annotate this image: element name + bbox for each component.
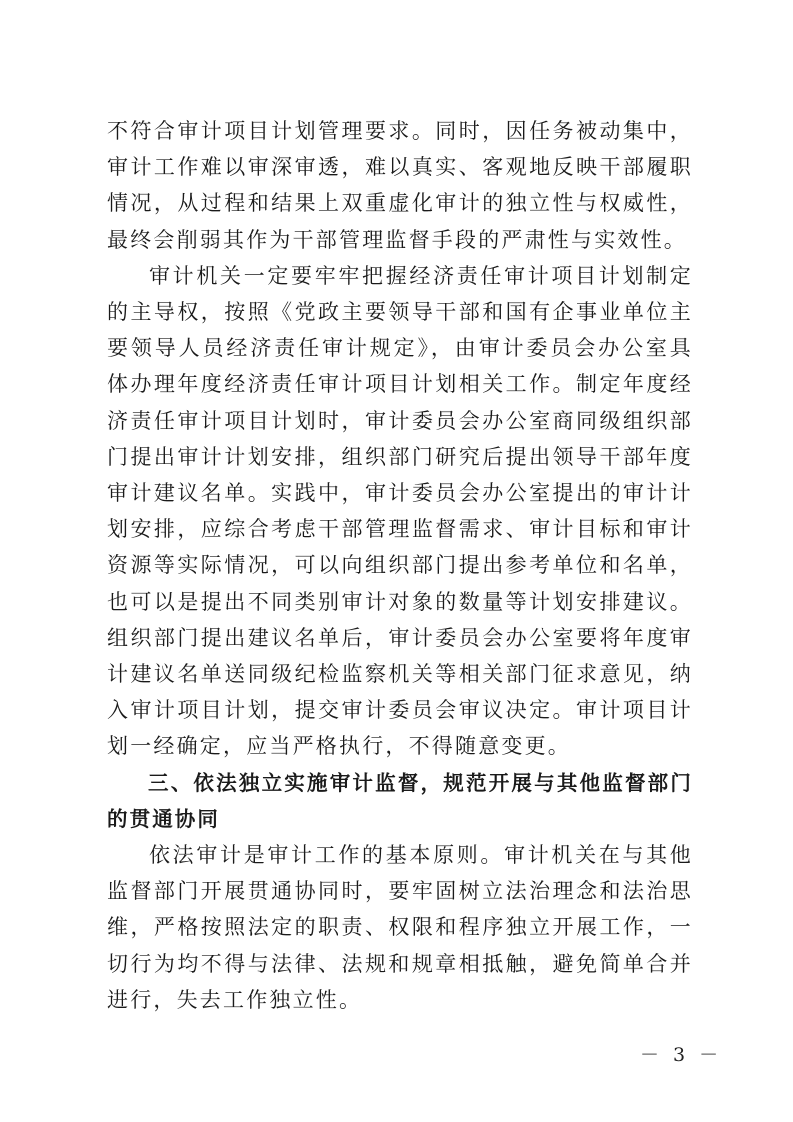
page-number: － 3 － xyxy=(640,1040,722,1067)
paragraph-continuation: 不符合审计项目计划管理要求。同时，因任务被动集中，审计工作难以审深审透，难以真实… xyxy=(107,113,693,258)
paragraph-audit-plan-authority: 审计机关一定要牢牢把握经济责任审计项目计划制定的主导权，按照《党政主要领导干部和… xyxy=(107,258,693,765)
section-heading-three: 三、依法独立实施审计监督，规范开展与其他监督部门的贯通协同 xyxy=(107,765,693,837)
paragraph-lawful-audit: 依法审计是审计工作的基本原则。审计机关在与其他监督部门开展贯通协同时，要牢固树立… xyxy=(107,837,693,1018)
document-page-body: 不符合审计项目计划管理要求。同时，因任务被动集中，审计工作难以审深审透，难以真实… xyxy=(107,113,693,1018)
